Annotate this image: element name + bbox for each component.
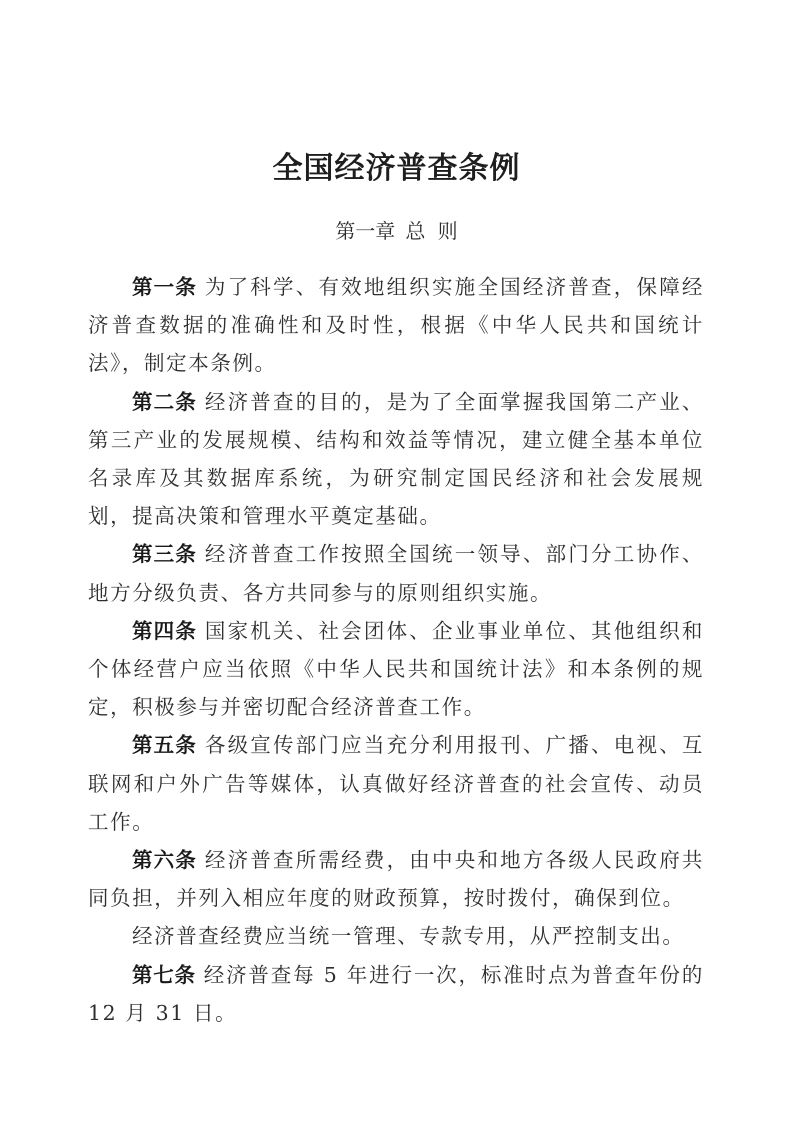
article-5: 第五条各级宣传部门应当充分利用报刊、广播、电视、互联网和户外广告等媒体，认真做好…: [88, 726, 704, 841]
article-4: 第四条国家机关、社会团体、企业事业单位、其他组织和个体经营户应当依照《中华人民共…: [88, 612, 704, 727]
article-label: 第二条: [132, 390, 197, 414]
article-text: 经济普查经费应当统一管理、专款专用，从严控制支出。: [132, 924, 685, 948]
article-label: 第六条: [132, 848, 197, 872]
article-label: 第五条: [132, 733, 197, 757]
document-body: 第一条为了科学、有效地组织实施全国经济普查，保障经济普查数据的准确性和及时性，根…: [88, 268, 704, 1032]
article-label: 第三条: [132, 542, 197, 566]
document-title: 全国经济普查条例: [0, 149, 793, 189]
article-label: 第一条: [132, 275, 197, 299]
document-page: 全国经济普查条例 第一章总 则 第一条为了科学、有效地组织实施全国经济普查，保障…: [0, 0, 793, 1122]
article-label: 第七条: [132, 963, 196, 987]
chapter-number: 第一章: [335, 219, 395, 243]
article-6-continuation: 经济普查经费应当统一管理、专款专用，从严控制支出。: [88, 917, 704, 955]
chapter-heading: 第一章总 则: [0, 216, 793, 246]
article-label: 第四条: [132, 619, 197, 643]
article-7: 第七条经济普查每 5 年进行一次，标准时点为普查年份的 12 月 31 日。: [88, 956, 704, 1032]
article-3: 第三条经济普查工作按照全国统一领导、部门分工协作、地方分级负责、各方共同参与的原…: [88, 535, 704, 611]
chapter-name: 总 则: [405, 219, 457, 243]
article-6: 第六条经济普查所需经费，由中央和地方各级人民政府共同负担，并列入相应年度的财政预…: [88, 841, 704, 917]
article-1: 第一条为了科学、有效地组织实施全国经济普查，保障经济普查数据的准确性和及时性，根…: [88, 268, 704, 383]
article-2: 第二条经济普查的目的，是为了全面掌握我国第二产业、第三产业的发展规模、结构和效益…: [88, 383, 704, 536]
